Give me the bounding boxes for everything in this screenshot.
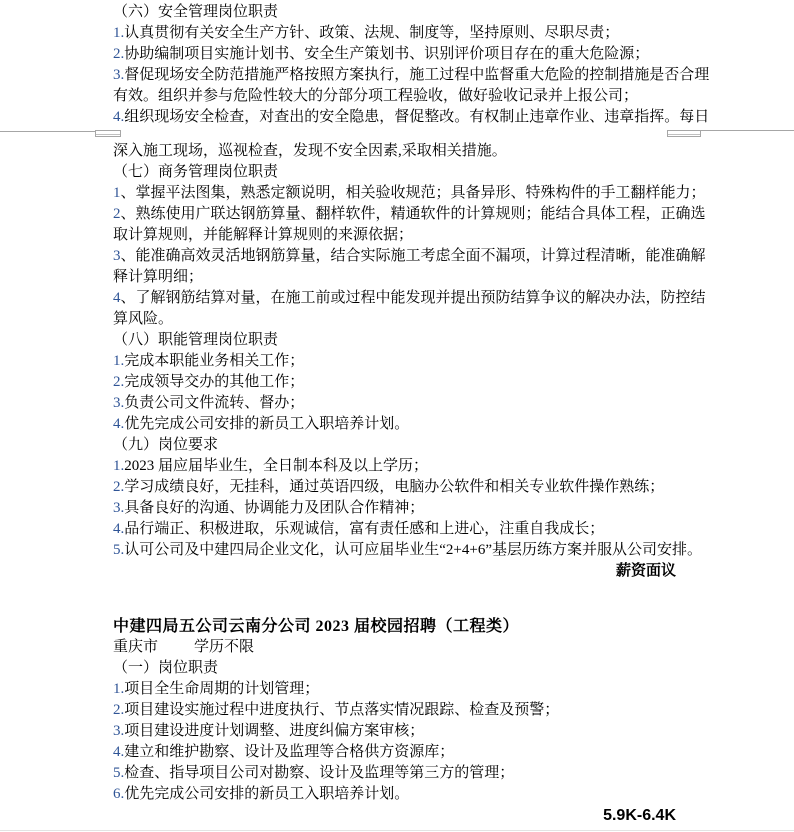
list-item: 1.项目全生命周期的计划管理； [113, 679, 679, 700]
list-item-number: 4. [113, 416, 124, 432]
section-heading: （八）职能管理岗位职责 [113, 330, 679, 351]
list-item: 5.认可公司及中建四局企业文化，认可应届毕业生“2+4+6”基层历练方案并服从公… [113, 540, 679, 561]
line-text: 检查、指导项目公司对勘察、设计及监理等第三方的管理； [124, 765, 514, 781]
list-item: 4.建立和维护勘察、设计及监理等合格供方资源库； [113, 742, 679, 763]
line-text: 、掌握平法图集，熟悉定额说明，相关验收规范；具备异形、特殊构件的手工翻样能力； [121, 185, 706, 201]
list-item: 4.优先完成公司安排的新员工入职培养计划。 [113, 414, 679, 435]
line-text: 学习成绩良好，无挂科，通过英语四级，电脑办公软件和相关专业软件操作熟练； [124, 479, 664, 495]
section-heading-text: （八）职能管理岗位职责 [113, 332, 278, 348]
line-text: 取计算规则，并能解释计算规则的来源依据； [113, 227, 413, 243]
list-item-number: 5. [113, 765, 124, 781]
line-text: 建立和维护勘察、设计及监理等合格供方资源库； [124, 744, 454, 760]
line-text: 协助编制项目实施计划书、安全生产策划书、识别评价项目存在的重大危险源； [124, 46, 649, 62]
line-text: 优先完成公司安排的新员工入职培养计划。 [124, 786, 409, 802]
list-item: 1.2023 届应届毕业生，全日制本科及以上学历； [113, 456, 679, 477]
list-item-number: 1. [113, 353, 124, 369]
section-heading: （六）安全管理岗位职责 [113, 2, 679, 23]
line-text: 督促现场安全防范措施严格按照方案执行，施工过程中监督重大危险的控制措施是否合理 [124, 67, 709, 83]
list-item: 2.项目建设实施过程中进度执行、节点落实情况跟踪、检查及预警； [113, 700, 679, 721]
line-text: 算风险。 [113, 311, 173, 327]
list-item: 3.项目建设进度计划调整、进度纠偏方案审核； [113, 721, 679, 742]
line-text: 有效。组织并参与危险性较大的分部分项工程验收，做好验收记录并上报公司； [113, 88, 638, 104]
document-text-area[interactable]: （六）安全管理岗位职责1.认真贯彻有关安全生产方针、政策、法规、制度等，坚持原则… [113, 2, 679, 826]
line-text: 项目建设实施过程中进度执行、节点落实情况跟踪、检查及预警； [124, 702, 559, 718]
line-text: 完成本职能业务相关工作； [124, 353, 304, 369]
job-title: 中建四局五公司云南分公司 2023 届校园招聘（工程类） [113, 618, 519, 635]
page-edge-line-right [700, 130, 794, 131]
section-heading-text: （一）岗位职责 [113, 660, 218, 676]
list-item: 2.完成领导交办的其他工作； [113, 372, 679, 393]
list-item: 2.学习成绩良好，无挂科，通过英语四级，电脑办公软件和相关专业软件操作熟练； [113, 477, 679, 498]
list-item: 1、掌握平法图集，熟悉定额说明，相关验收规范；具备异形、特殊构件的手工翻样能力； [113, 183, 679, 204]
list-item-number: 2 [113, 206, 121, 222]
list-item-number: 1 [113, 185, 121, 201]
education-label: 学历不限 [194, 639, 254, 655]
line-text: 、能准确高效灵活地钢筋算量，结合实际施工考虑全面不漏项，计算过程清晰，能准确解 [121, 248, 706, 264]
continuation-line: 取计算规则，并能解释计算规则的来源依据； [113, 225, 679, 246]
line-text: 负责公司文件流转、督办； [124, 395, 304, 411]
list-item-number: 2. [113, 374, 124, 390]
line-text: 2023 届应届毕业生，全日制本科及以上学历； [124, 458, 428, 474]
list-item: 2、熟练使用广联达钢筋算量、翻样软件，精通软件的计算规则；能结合具体工程，正确选 [113, 204, 679, 225]
job-title-line: 中建四局五公司云南分公司 2023 届校园招聘（工程类） [113, 616, 679, 637]
location-label: 重庆市 [113, 639, 158, 655]
page-corner-left [95, 130, 121, 137]
line-text: 品行端正、积极进取，乐观诚信，富有责任感和上进心，注重自我成长； [124, 521, 604, 537]
list-item-number: 3. [113, 395, 124, 411]
continuation-line: 算风险。 [113, 309, 679, 330]
list-item: 5.检查、指导项目公司对勘察、设计及监理等第三方的管理； [113, 763, 679, 784]
salary-negotiable-label: 薪资面议 [616, 563, 676, 579]
salary-negotiable-label-line: 薪资面议 [113, 561, 679, 582]
list-item-number: 4. [113, 744, 124, 760]
list-item-number: 5. [113, 542, 124, 558]
continuation-line: 释计算明细； [113, 267, 679, 288]
list-item-number: 2. [113, 702, 124, 718]
list-item: 4.品行端正、积极进取，乐观诚信，富有责任感和上进心，注重自我成长； [113, 519, 679, 540]
list-item: 3、能准确高效灵活地钢筋算量，结合实际施工考虑全面不漏项，计算过程清晰，能准确解 [113, 246, 679, 267]
list-item: 1.完成本职能业务相关工作； [113, 351, 679, 372]
line-text: 深入施工现场，巡视检查，发现不安全因素,采取相关措施。 [113, 143, 507, 159]
list-item-number: 3. [113, 723, 124, 739]
page-break [0, 128, 794, 141]
list-item: 1.认真贯彻有关安全生产方针、政策、法规、制度等，坚持原则、尽职尽责； [113, 23, 679, 44]
line-text: 项目建设进度计划调整、进度纠偏方案审核； [124, 723, 424, 739]
list-item-number: 4. [113, 109, 124, 125]
salary-range-label: 5.9K-6.4K [603, 807, 676, 824]
list-item-number: 4 [113, 290, 121, 306]
list-item: 3.负责公司文件流转、督办； [113, 393, 679, 414]
list-item-number: 3. [113, 500, 124, 516]
line-text: 具备良好的沟通、协调能力及团队合作精神； [124, 500, 424, 516]
spacer [113, 582, 679, 616]
line-text: 项目全生命周期的计划管理； [124, 681, 319, 697]
section-heading-text: （九）岗位要求 [113, 437, 218, 453]
list-item-number: 3 [113, 248, 121, 264]
list-item: 6.优先完成公司安排的新员工入职培养计划。 [113, 784, 679, 805]
line-text: 认真贯彻有关安全生产方针、政策、法规、制度等，坚持原则、尽职尽责； [124, 25, 619, 41]
list-item: 3.具备良好的沟通、协调能力及团队合作精神； [113, 498, 679, 519]
section-heading: （九）岗位要求 [113, 435, 679, 456]
list-item-number: 3. [113, 67, 124, 83]
list-item-number: 4. [113, 521, 124, 537]
line-text: 、熟练使用广联达钢筋算量、翻样软件，精通软件的计算规则；能结合具体工程，正确选 [121, 206, 706, 222]
page-corner-right [667, 130, 701, 137]
list-item-number: 1. [113, 681, 124, 697]
location-education-line: 重庆市学历不限 [113, 637, 679, 658]
list-item: 3.督促现场安全防范措施严格按照方案执行，施工过程中监督重大危险的控制措施是否合… [113, 65, 679, 86]
list-item-number: 1. [113, 458, 124, 474]
line-text: 优先完成公司安排的新员工入职培养计划。 [124, 416, 409, 432]
line-text: 组织现场安全检查，对查出的安全隐患，督促整改。有权制止违章作业、违章指挥。每日 [124, 109, 709, 125]
section-heading-text: （六）安全管理岗位职责 [113, 4, 278, 20]
list-item-number: 2. [113, 46, 124, 62]
line-text: 、了解钢筋结算对量，在施工前或过程中能发现并提出预防结算争议的解决办法，防控结 [121, 290, 706, 306]
salary-range-label-line: 5.9K-6.4K [113, 805, 679, 826]
continuation-line: 有效。组织并参与危险性较大的分部分项工程验收，做好验收记录并上报公司； [113, 86, 679, 107]
page-edge-line-left [0, 131, 96, 132]
line-text: 认可公司及中建四局企业文化，认可应届毕业生“2+4+6”基层历练方案并服从公司安… [124, 542, 702, 558]
list-item: 4、了解钢筋结算对量，在施工前或过程中能发现并提出预防结算争议的解决办法，防控结 [113, 288, 679, 309]
line-text: 释计算明细； [113, 269, 203, 285]
section-heading-text: （七）商务管理岗位职责 [113, 164, 278, 180]
line-text: 完成领导交办的其他工作； [124, 374, 304, 390]
list-item-number: 2. [113, 479, 124, 495]
section-heading: （七）商务管理岗位职责 [113, 162, 679, 183]
page-bottom-edge [0, 830, 794, 831]
section-heading: （一）岗位职责 [113, 658, 679, 679]
list-item: 2.协助编制项目实施计划书、安全生产策划书、识别评价项目存在的重大危险源； [113, 44, 679, 65]
continuation-line: 深入施工现场，巡视检查，发现不安全因素,采取相关措施。 [113, 141, 679, 162]
list-item-number: 1. [113, 25, 124, 41]
list-item-number: 6. [113, 786, 124, 802]
list-item: 4.组织现场安全检查，对查出的安全隐患，督促整改。有权制止违章作业、违章指挥。每… [113, 107, 679, 128]
